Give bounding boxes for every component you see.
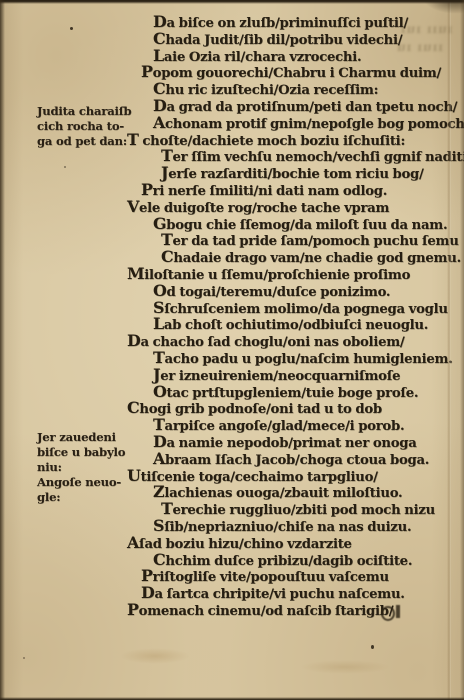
page-edge — [460, 0, 464, 700]
verse-line: Chogi grib podnoſe/oni tad u to dob — [127, 400, 463, 417]
ink-showthrough: ıuıı ıuı — [400, 22, 452, 36]
verse-line: Aſad boziu hizu/chino vzdarzite — [127, 535, 463, 552]
verse-line: Sſib/nepriazniuo/chiſe na nas duizu. — [127, 518, 463, 535]
page-edge — [0, 0, 5, 700]
book-page-scan: Judita charaiſbcich rocha to-ga od pet d… — [0, 0, 464, 700]
verse-line: Da grad da protiſnum/peti dan tpetu noch… — [127, 98, 463, 115]
verse-line: Jer izneuireniem/neocquarniſmoſe — [127, 367, 463, 384]
paper-speck — [70, 27, 73, 30]
verse-line: Da ſartca chripite/vi puchu naſcemu. — [127, 585, 463, 602]
paper-speck — [64, 166, 66, 168]
verse-line: Od togai/teremu/duſce ponizimo. — [127, 283, 463, 300]
verse-line: Priſtogliſe vite/popouſtuu vaſcemu — [127, 568, 463, 585]
verse-line: Abraam Iſach Jacob/choga ctoua boga. — [127, 451, 463, 468]
verse-line: Lab choſt ochiutimo/odbiuſci neuoglu. — [127, 316, 463, 333]
verse-line: Sſchruſceniem molimo/da pognega voglu — [127, 300, 463, 317]
paper-speck — [23, 657, 25, 659]
marginal-note-line: cich rocha to- — [37, 119, 132, 134]
marginal-note-line: biſce u babylo — [37, 445, 132, 460]
marginal-note-line: Judita charaiſb — [37, 104, 132, 119]
marginal-note: Jer zauedenibiſce u babyloniu: — [37, 430, 132, 476]
verse-block: Da biſce on zluſb/priminuſſci puſtil/Cha… — [127, 14, 463, 619]
marginal-note: Angoſe neuo-gle: — [37, 475, 132, 505]
paper-stain — [300, 660, 390, 674]
verse-line: T choſte/dachiete moch boziu iſchuſiti: — [127, 132, 463, 149]
marginal-note: Judita charaiſbcich rocha to-ga od pet d… — [37, 104, 132, 150]
verse-line: Pri nerſe ſmiliti/ni dati nam odlog. — [127, 182, 463, 199]
page-crease — [447, 0, 451, 700]
ink-showthrough — [381, 606, 395, 621]
verse-line: Jerſe razſarditi/bochie tom riciu bog/ — [127, 165, 463, 182]
ink-showthrough: ııuı ıu — [396, 40, 443, 54]
paper-speck — [371, 645, 374, 649]
verse-line: Chu ric izuſtechi/Ozia receſſim: — [127, 81, 463, 98]
marginal-note-line: gle: — [37, 490, 132, 505]
verse-line: Da chacho ſad choglu/oni nas oboliem/ — [127, 333, 463, 350]
verse-line: Pomenach cinemu/od naſcib ſtarigib/ — [127, 602, 463, 619]
marginal-note-line: Angoſe neuo- — [37, 475, 132, 490]
verse-line: Ter ſſim vechſu nemoch/vechſi ggnif nadi… — [127, 148, 463, 165]
verse-line: Achonam protif gnim/nepoſgle bog pomoch: — [127, 115, 463, 132]
verse-line: Miloſtanie u ſſemu/proſchienie proſimo — [127, 266, 463, 283]
verse-line: Zlachienas ouoga/zbauit miloſtiuo. — [127, 484, 463, 501]
verse-line: Chadaie drago vam/ne chadie god gnemu. — [127, 249, 463, 266]
verse-line: Gbogu chie ſſemog/da miloſt ſuu da nam. — [127, 216, 463, 233]
verse-line: Ter da tad pride ſam/pomoch puchu ſemu — [127, 232, 463, 249]
verse-line: Otac prtſtupgleniem/tuie boge proſe. — [127, 384, 463, 401]
marginal-note-line: ga od pet dan: — [37, 134, 132, 149]
verse-line: Vele duigoſte rog/roche tache vpram — [127, 199, 463, 216]
verse-line: Chchim duſce pribizu/dagib ociſtite. — [127, 552, 463, 569]
marginal-note-line: niu: — [37, 460, 132, 475]
margin-gloss-column: Judita charaiſbcich rocha to-ga od pet d… — [37, 0, 132, 700]
verse-line: Da namie nepodob/primat ner onoga — [127, 434, 463, 451]
ink-showthrough — [396, 605, 400, 618]
verse-line: Terechie ruggliuo/zbiti pod moch nizu — [127, 501, 463, 518]
verse-line: Popom gouorechi/Chabru i Charmu duim/ — [127, 64, 463, 81]
verse-line: Tacho padu u poglu/naſcim humigleniem. — [127, 350, 463, 367]
marginal-note-line: Jer zauedeni — [37, 430, 132, 445]
verse-line: Tarpiſce angoſe/glad/mece/i porob. — [127, 417, 463, 434]
page-edge — [0, 0, 464, 4]
verse-line: Utiſcenie toga/cechaimo tarpgliuo/ — [127, 468, 463, 485]
